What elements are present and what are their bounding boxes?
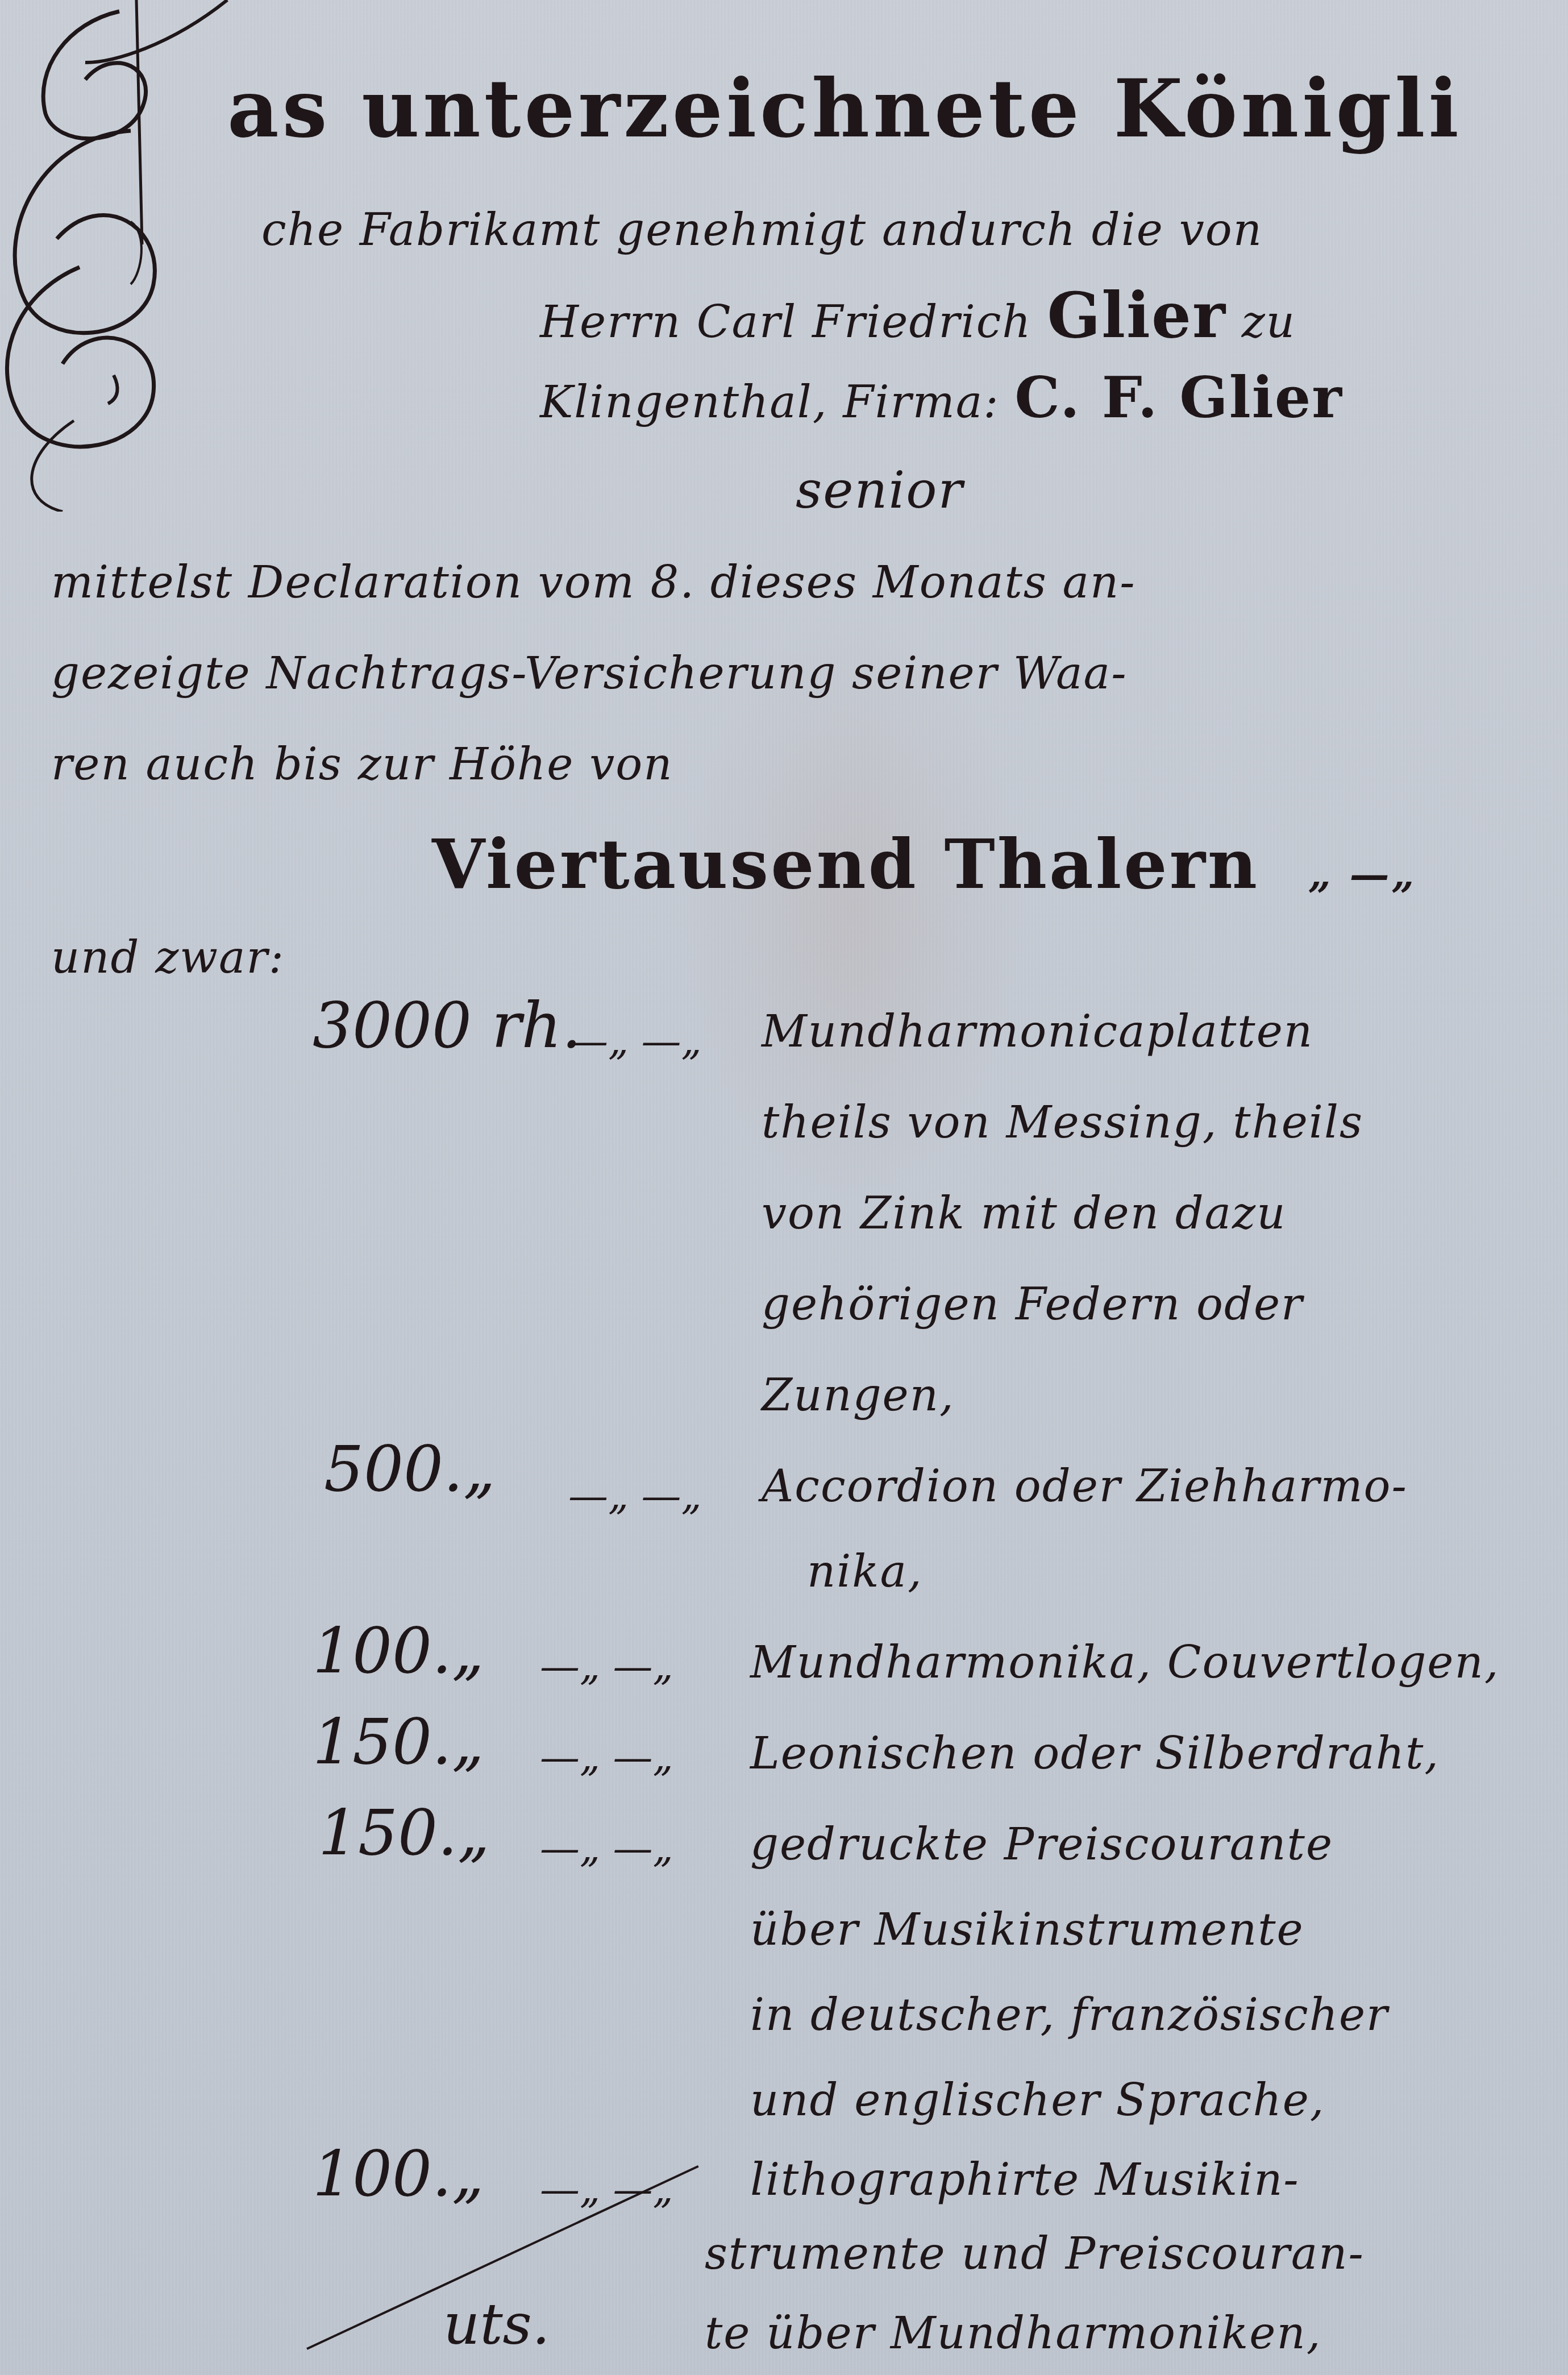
preposition: zu <box>1242 297 1296 348</box>
sum-ditto-marks: „ —„ <box>1308 850 1417 898</box>
item-desc: Leonischen oder Silberdraht, <box>750 1728 1440 1779</box>
item-desc: Accordion oder Ziehharmo- <box>762 1461 1408 1512</box>
heading-text: as unterzeichnete Königli <box>227 63 1462 156</box>
item-amount: 3000 rh. <box>313 989 581 1062</box>
item-amount: 150.„ <box>318 1796 490 1869</box>
body-line-10: und zwar: <box>51 932 285 983</box>
item-desc: lithographirte Musikin- <box>750 2154 1300 2206</box>
heading-line: as unterzeichnete Königli <box>227 63 1462 156</box>
item-ditto: —„ —„ <box>540 2166 673 2212</box>
item-desc: gehörigen Federn oder <box>762 1279 1303 1330</box>
surname: Glier <box>1047 279 1226 352</box>
body-line-senior: senior <box>796 460 963 520</box>
item-desc: te über Mundharmoniken, <box>705 2308 1322 2359</box>
item-amount: 150.„ <box>313 1705 484 1778</box>
item-desc: theils von Messing, theils <box>762 1097 1363 1148</box>
item-desc: in deutscher, französischer <box>750 1990 1388 2041</box>
item-desc: Mundharmonicaplatten <box>762 1006 1313 1057</box>
item-ditto: —„ —„ <box>568 1018 702 1064</box>
town-firm-label: Klingenthal, Firma: <box>540 377 999 428</box>
addressee-name: Herrn Carl Friedrich <box>540 297 1032 348</box>
body-line-4: Klingenthal, Firma: C. F. Glier <box>540 364 1343 431</box>
item-desc: über Musikinstrumente <box>750 1904 1304 1955</box>
item-desc: von Zink mit den dazu <box>762 1188 1286 1239</box>
item-desc: gedruckte Preiscourante <box>750 1819 1333 1870</box>
footer-mark: uts. <box>443 2291 550 2357</box>
item-amount: 100.„ <box>313 2137 484 2210</box>
item-desc: nika, <box>807 1546 923 1597</box>
body-line-7: gezeigte Nachtrags-Versicherung seiner W… <box>51 648 1127 699</box>
body-line-6: mittelst Declaration vom 8. dieses Monat… <box>51 557 1136 608</box>
body-line-8: ren auch bis zur Höhe von <box>51 739 673 790</box>
item-desc: Mundharmonika, Couvertlogen, <box>750 1637 1500 1688</box>
body-line-2: che Fabrikamt genehmigt andurch die von <box>261 205 1263 256</box>
firm-name: C. F. Glier <box>1014 364 1343 431</box>
item-ditto: —„ —„ <box>568 1472 702 1519</box>
item-desc: strumente und Preiscouran- <box>705 2228 1365 2279</box>
sum-in-words: Viertausend Thalern <box>432 824 1259 904</box>
item-desc: und englischer Sprache, <box>750 2075 1325 2126</box>
item-desc: Zungen, <box>762 1370 955 1421</box>
item-ditto: —„ —„ <box>540 1825 673 1871</box>
item-amount: 100.„ <box>313 1614 484 1687</box>
sum-line: Viertausend Thalern „ —„ <box>432 824 1417 904</box>
item-ditto: —„ —„ <box>540 1734 673 1780</box>
item-amount: 500.„ <box>324 1433 496 1505</box>
body-line-3: Herrn Carl Friedrich Glier zu <box>540 279 1296 352</box>
item-ditto: —„ —„ <box>540 1643 673 1689</box>
